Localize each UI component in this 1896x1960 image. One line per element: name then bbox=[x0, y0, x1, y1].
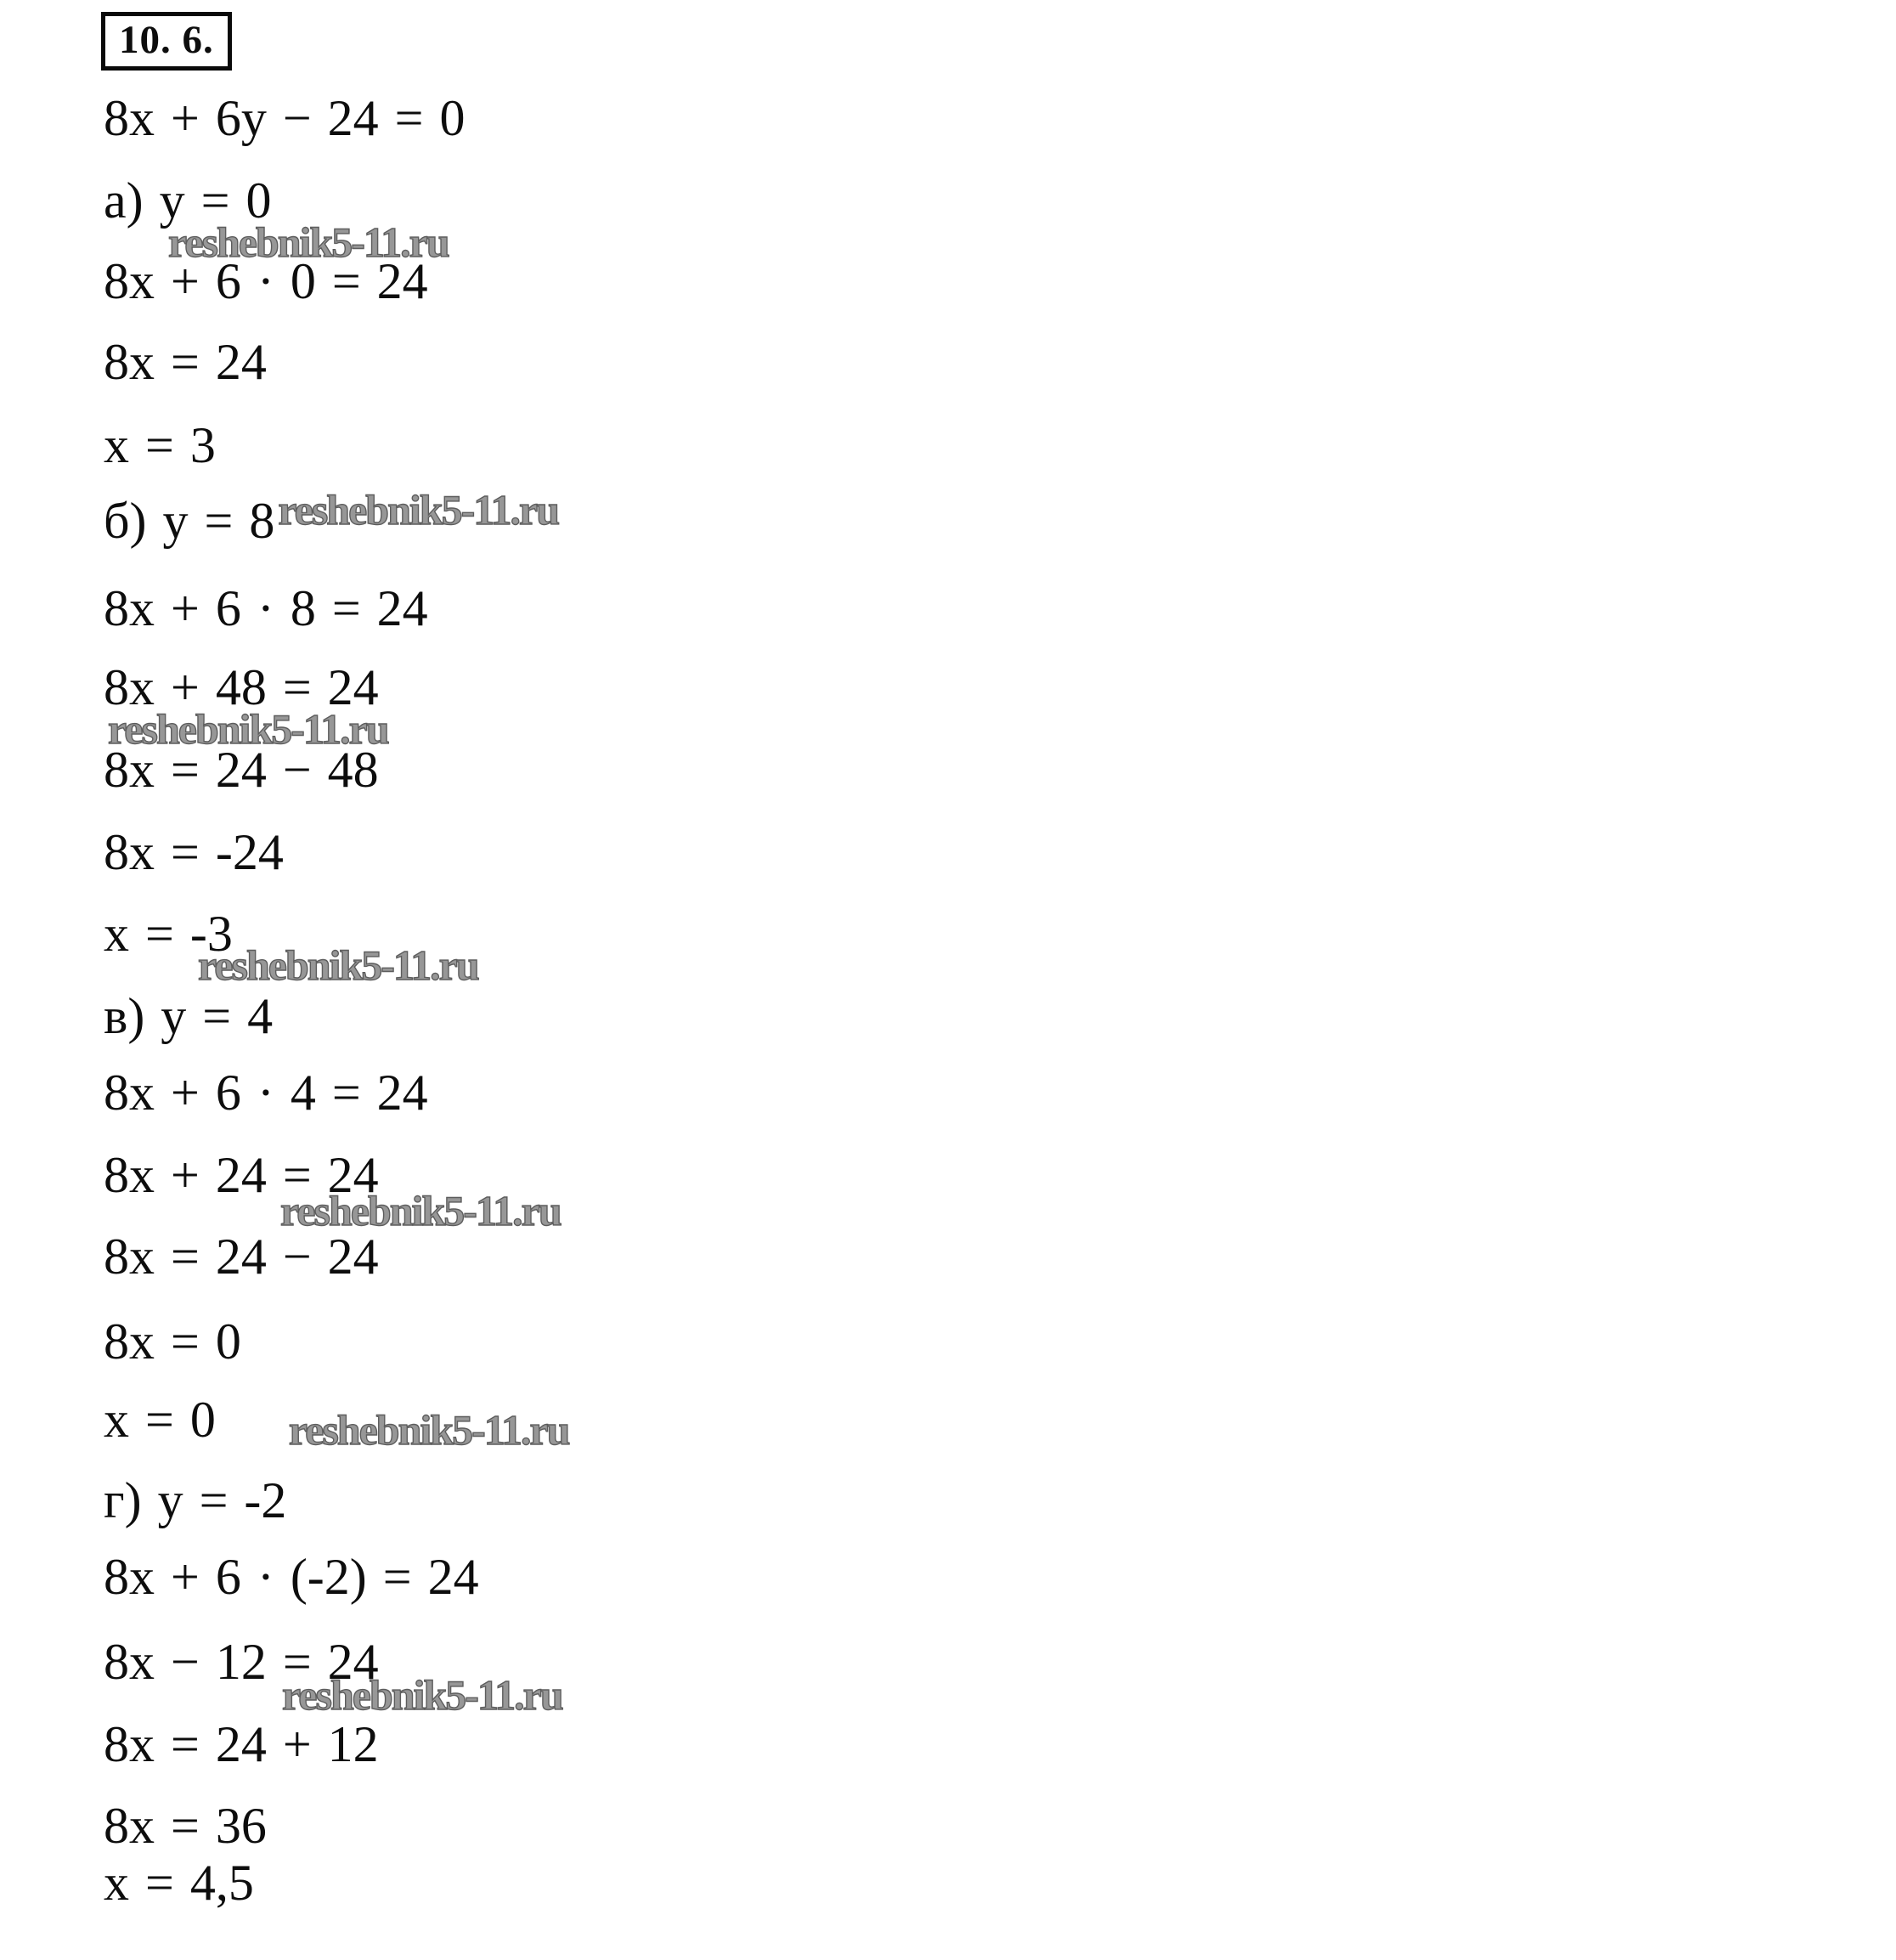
step-b-3: 8x = 24 − 48 bbox=[104, 744, 379, 795]
case-b-label: б) y = 8reshebnik5-11.ru bbox=[104, 495, 558, 546]
watermark: reshebnik5-11.ru bbox=[289, 1409, 569, 1451]
step-a-2: 8x = 24 bbox=[104, 336, 267, 387]
case-g-label: г) y = -2 bbox=[104, 1475, 286, 1526]
problem-number: 10. 6. bbox=[119, 18, 214, 62]
step-v-5: x = 0reshebnik5-11.ru bbox=[104, 1394, 569, 1445]
step-b-1: 8x + 6 · 8 = 24 bbox=[104, 583, 428, 634]
step-v-5-text: x = 0 bbox=[104, 1392, 216, 1448]
step-a-1: 8x + 6 · 0 = 24 bbox=[104, 256, 428, 307]
scanned-solution-page: 10. 6. 8x + 6y − 24 = 0 а) y = 0 reshebn… bbox=[0, 0, 1896, 1960]
problem-number-box: 10. 6. bbox=[101, 12, 232, 71]
step-g-5: x = 4,5 bbox=[104, 1857, 254, 1908]
given-equation: 8x + 6y − 24 = 0 bbox=[104, 93, 466, 144]
watermark: reshebnik5-11.ru bbox=[280, 1189, 561, 1232]
step-g-4: 8x = 36 bbox=[104, 1800, 267, 1851]
step-g-1: 8x + 6 · (-2) = 24 bbox=[104, 1551, 479, 1602]
watermark: reshebnik5-11.ru bbox=[198, 944, 478, 986]
case-v-label: в) y = 4 bbox=[104, 991, 273, 1042]
step-v-3: 8x = 24 − 24 bbox=[104, 1231, 379, 1282]
watermark: reshebnik5-11.ru bbox=[278, 489, 558, 531]
case-b-text: б) y = 8 bbox=[104, 493, 274, 549]
step-b-4: 8x = -24 bbox=[104, 827, 284, 878]
step-g-3: 8x = 24 + 12 bbox=[104, 1719, 379, 1770]
step-v-4: 8x = 0 bbox=[104, 1316, 241, 1367]
step-a-3: x = 3 bbox=[104, 420, 216, 471]
step-v-1: 8x + 6 · 4 = 24 bbox=[104, 1067, 428, 1118]
watermark: reshebnik5-11.ru bbox=[282, 1674, 562, 1716]
